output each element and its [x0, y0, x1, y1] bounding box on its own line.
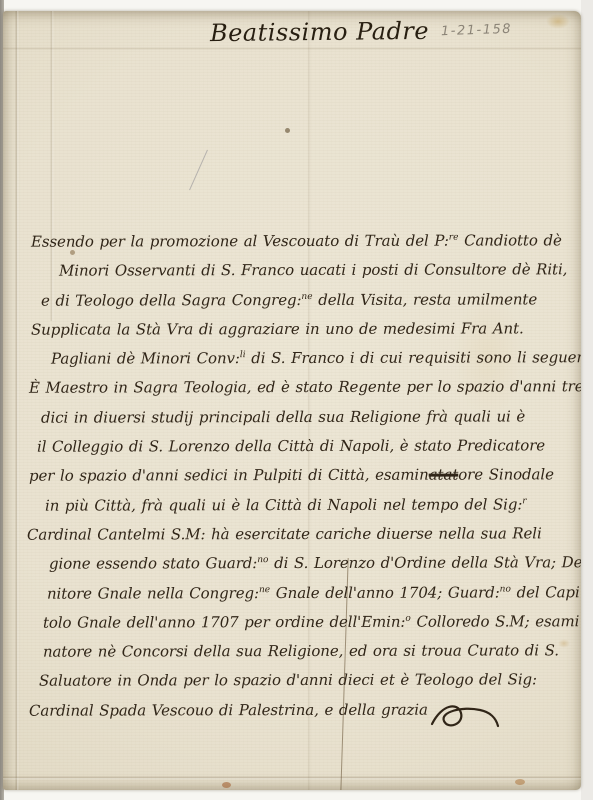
- letter-line: e di Teologo della Sagra Congreg:ne dell…: [3, 290, 581, 321]
- paper-stain: [546, 14, 570, 29]
- letter-line: Cardinal Cantelmi S.M: hà esercitate car…: [3, 524, 581, 555]
- letter-body: Essendo per la promozione al Vescouato d…: [3, 232, 581, 730]
- letter-line: natore nè Concorsi della sua Religione, …: [3, 641, 581, 672]
- page-heading: Beatissimo Padre: [210, 17, 429, 47]
- letter-line: il Colleggio di S. Lorenzo della Città d…: [3, 436, 581, 467]
- letter-line: in più Città, frà quali ui è la Città di…: [3, 495, 581, 526]
- manuscript-page: Beatissimo Padre 1-21-158 Essendo per la…: [3, 11, 581, 790]
- letter-line: per lo spazio d'anni sedici in Pulpiti d…: [3, 466, 581, 497]
- paper-stain: [515, 779, 525, 785]
- letter-line: Minori Osservanti di S. Franco uacati i …: [3, 261, 581, 292]
- letter-line: tolo Gnale dell'anno 1707 per ordine del…: [3, 612, 581, 643]
- fold-crease-horizontal-top: [3, 47, 581, 50]
- manuscript-scan: { "document": { "heading": "Beatissimo P…: [0, 0, 593, 800]
- letter-line: È Maestro in Sagra Teologia, ed è stato …: [3, 378, 581, 409]
- ink-flourish: [428, 700, 502, 736]
- letter-line: Pagliani dè Minori Conv:li di S. Franco …: [3, 348, 581, 379]
- paper-speck: [285, 128, 290, 133]
- archival-number-annotation: 1-21-158: [441, 22, 512, 39]
- fold-crease-horizontal-bottom: [3, 776, 581, 780]
- letter-line: Saluatore in Onda per lo spazio d'anni d…: [3, 671, 581, 702]
- paper-stain: [222, 782, 231, 788]
- letter-line: Essendo per la promozione al Vescouato d…: [3, 231, 581, 262]
- letter-line: dici in diuersi studij principali della …: [3, 407, 581, 438]
- letter-line: gione essendo stato Guard:no di S. Loren…: [3, 554, 581, 585]
- letter-line: Supplicata la Stà Vra di aggraziare in u…: [3, 319, 581, 350]
- letter-line: nitore Gnale nella Congreg:ne Gnale dell…: [3, 583, 581, 614]
- pencil-scratch: [189, 150, 208, 191]
- scanner-edge-right: [581, 0, 593, 800]
